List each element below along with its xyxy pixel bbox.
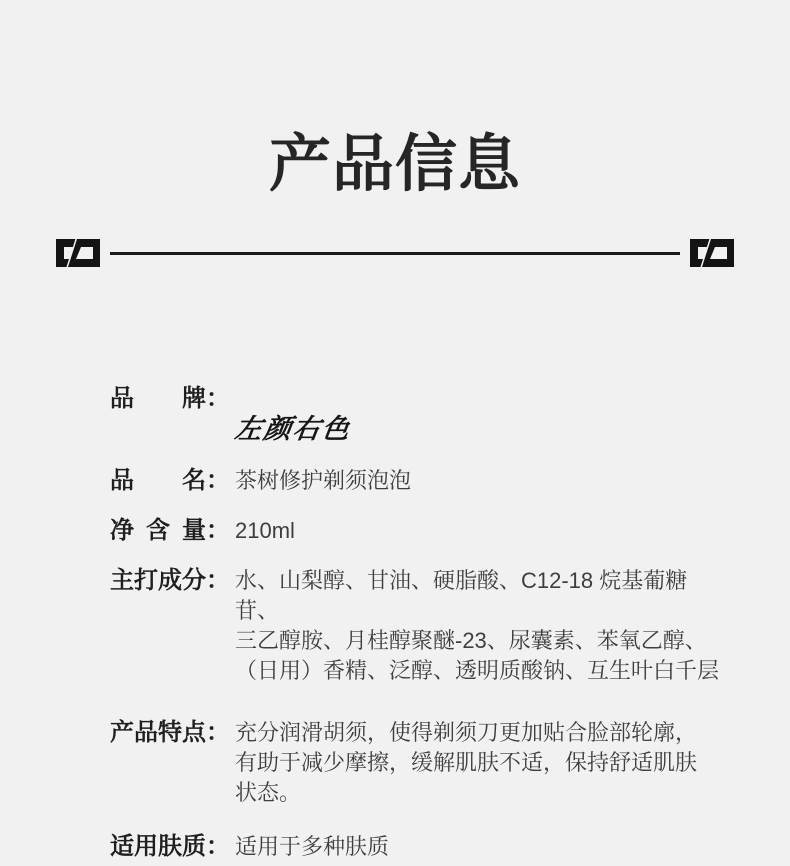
spec-value-skin-type: 适用于多种肤质 <box>235 832 729 862</box>
spec-label-ingredients: 主打成分： <box>110 566 235 596</box>
spec-row-net-content: 净含量： 210ml <box>110 516 740 546</box>
spec-value-features: 充分润滑胡须，使得剃须刀更加贴合脸部轮廓， 有助于减少摩擦，缓解肌肤不适，保持舒… <box>235 718 729 808</box>
spec-label-net-content: 净含量： <box>110 516 235 546</box>
divider-line <box>110 252 680 255</box>
spec-row-ingredients: 主打成分： 水、山梨醇、甘油、硬脂酸、C12-18 烷基葡糖苷、 三乙醇胺、月桂… <box>110 566 740 686</box>
spec-row-product-name: 品名： 茶树修护剃须泡泡 <box>110 466 740 496</box>
spec-row-brand: 品牌： 左颜右色 <box>110 384 740 446</box>
product-info-page: 产品信息 品牌： 左颜右色 品名： <box>0 0 790 866</box>
spec-label-skin-type: 适用肤质： <box>110 832 235 862</box>
spec-label-features: 产品特点： <box>110 718 235 748</box>
brand-infinity-logo-right-icon <box>689 238 735 268</box>
page-title: 产品信息 <box>0 0 790 200</box>
spec-row-skin-type: 适用肤质： 适用于多种肤质 <box>110 832 740 862</box>
spec-value-net-content: 210ml <box>235 516 729 546</box>
spec-list: 品牌： 左颜右色 品名： 茶树修护剃须泡泡 净含量： 210ml 主打成分： 水… <box>0 384 790 862</box>
spec-label-product-name: 品名： <box>110 466 235 496</box>
spec-value-product-name: 茶树修护剃须泡泡 <box>235 466 729 496</box>
spec-value-brand: 左颜右色 <box>235 384 729 446</box>
brand-infinity-logo-left-icon <box>55 238 101 268</box>
spec-label-brand: 品牌： <box>110 384 235 414</box>
title-divider <box>0 238 790 268</box>
spec-value-ingredients: 水、山梨醇、甘油、硬脂酸、C12-18 烷基葡糖苷、 三乙醇胺、月桂醇聚醚-23… <box>235 566 729 686</box>
spec-row-features: 产品特点： 充分润滑胡须，使得剃须刀更加贴合脸部轮廓， 有助于减少摩擦，缓解肌肤… <box>110 718 740 808</box>
brand-logotype: 左颜右色 <box>233 414 353 444</box>
